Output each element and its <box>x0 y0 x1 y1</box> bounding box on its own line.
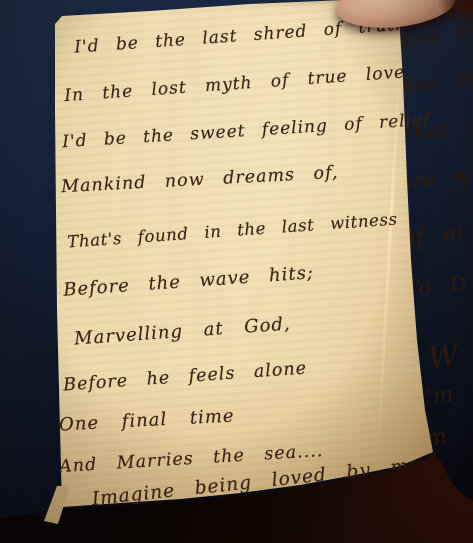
notebook-photo: Wh And th Are the That a Are w Of al To … <box>0 0 473 543</box>
right-page-fragment: W <box>426 338 462 377</box>
top-right-shadow <box>439 0 473 26</box>
